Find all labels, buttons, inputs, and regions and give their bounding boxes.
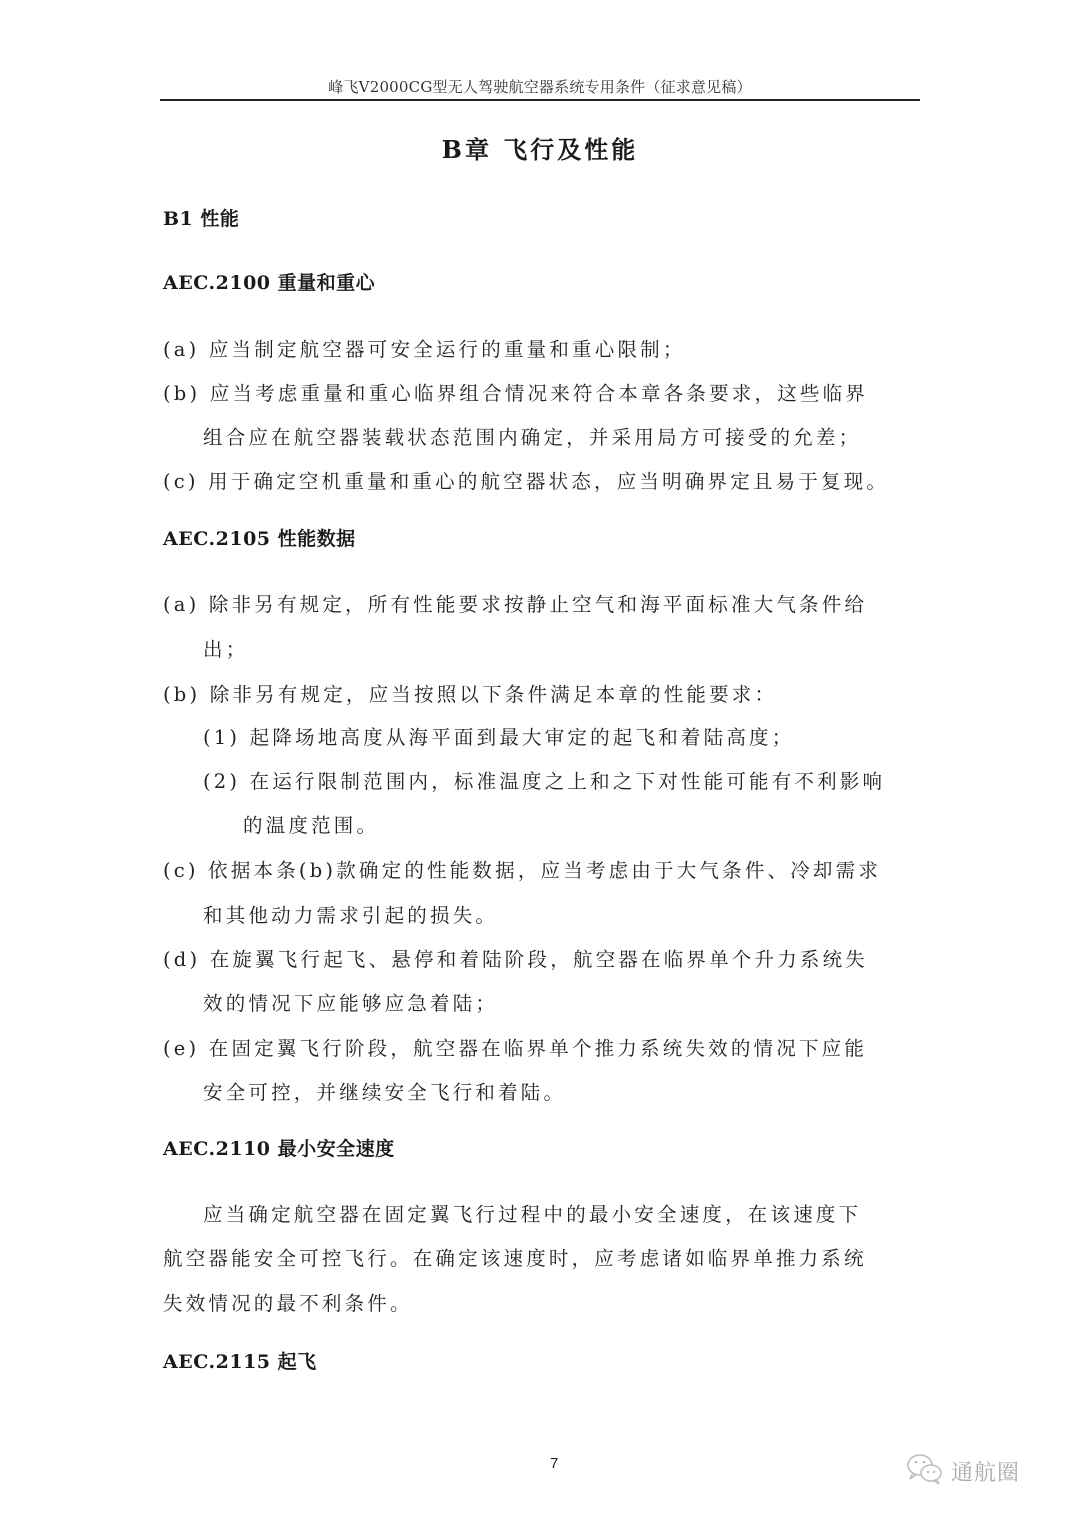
page-number: 7 <box>550 1455 558 1472</box>
clause-line: (2) 在运行限制范围内，标准温度之上和之下对性能可能有不利影响 <box>203 766 885 794</box>
clause-line: 组合应在航空器装载状态范围内确定，并采用局方可接受的允差； <box>203 422 861 450</box>
watermark: 通航圈 <box>905 1452 1020 1490</box>
clause-line: (a) 应当制定航空器可安全运行的重量和重心限制； <box>163 334 686 362</box>
clause-line: 出； <box>203 634 248 662</box>
section-heading: B1 性能 <box>163 204 239 231</box>
clause-line: 和其他动力需求引起的损失。 <box>203 900 498 928</box>
clause-line: 效的情况下应能够应急着陆； <box>203 988 498 1016</box>
clause-line: 航空器能安全可控飞行。在确定该速度时，应考虑诸如临界单推力系统 <box>163 1243 867 1271</box>
watermark-text: 通航圈 <box>951 1456 1020 1487</box>
running-header: 峰飞V2000CG型无人驾驶航空器系统专用条件（征求意见稿） <box>160 76 920 97</box>
wechat-icon <box>905 1452 945 1490</box>
clause-line: (c) 依据本条(b)款确定的性能数据，应当考虑由于大气条件、冷却需求 <box>163 855 881 883</box>
clause-line: (a) 除非另有规定，所有性能要求按静止空气和海平面标准大气条件给 <box>163 589 867 617</box>
clause-line: (e) 在固定翼飞行阶段，航空器在临界单个推力系统失效的情况下应能 <box>163 1033 867 1061</box>
clause-heading-2105: AEC.2105 性能数据 <box>163 524 356 551</box>
clause-line: (1) 起降场地高度从海平面到最大审定的起飞和着陆高度； <box>203 722 794 750</box>
clause-heading-2110: AEC.2110 最小安全速度 <box>163 1134 395 1161</box>
clause-line: (c) 用于确定空机重量和重心的航空器状态，应当明确界定且易于复现。 <box>163 466 889 494</box>
clause-heading-2115: AEC.2115 起飞 <box>163 1347 317 1374</box>
clause-line: 失效情况的最不利条件。 <box>163 1288 413 1316</box>
chapter-title: B章 飞行及性能 <box>160 130 920 165</box>
clause-line: 的温度范围。 <box>243 810 379 838</box>
clause-line: (b) 除非另有规定，应当按照以下条件满足本章的性能要求： <box>163 679 777 707</box>
clause-heading-2100: AEC.2100 重量和重心 <box>163 268 375 295</box>
clause-line: 安全可控，并继续安全飞行和着陆。 <box>203 1077 566 1105</box>
clause-line: (b) 应当考虑重量和重心临界组合情况来符合本章各条要求，这些临界 <box>163 378 868 406</box>
clause-line: (d) 在旋翼飞行起飞、悬停和着陆阶段，航空器在临界单个升力系统失 <box>163 944 868 972</box>
clause-line: 应当确定航空器在固定翼飞行过程中的最小安全速度，在该速度下 <box>203 1199 861 1227</box>
header-divider <box>160 99 920 101</box>
